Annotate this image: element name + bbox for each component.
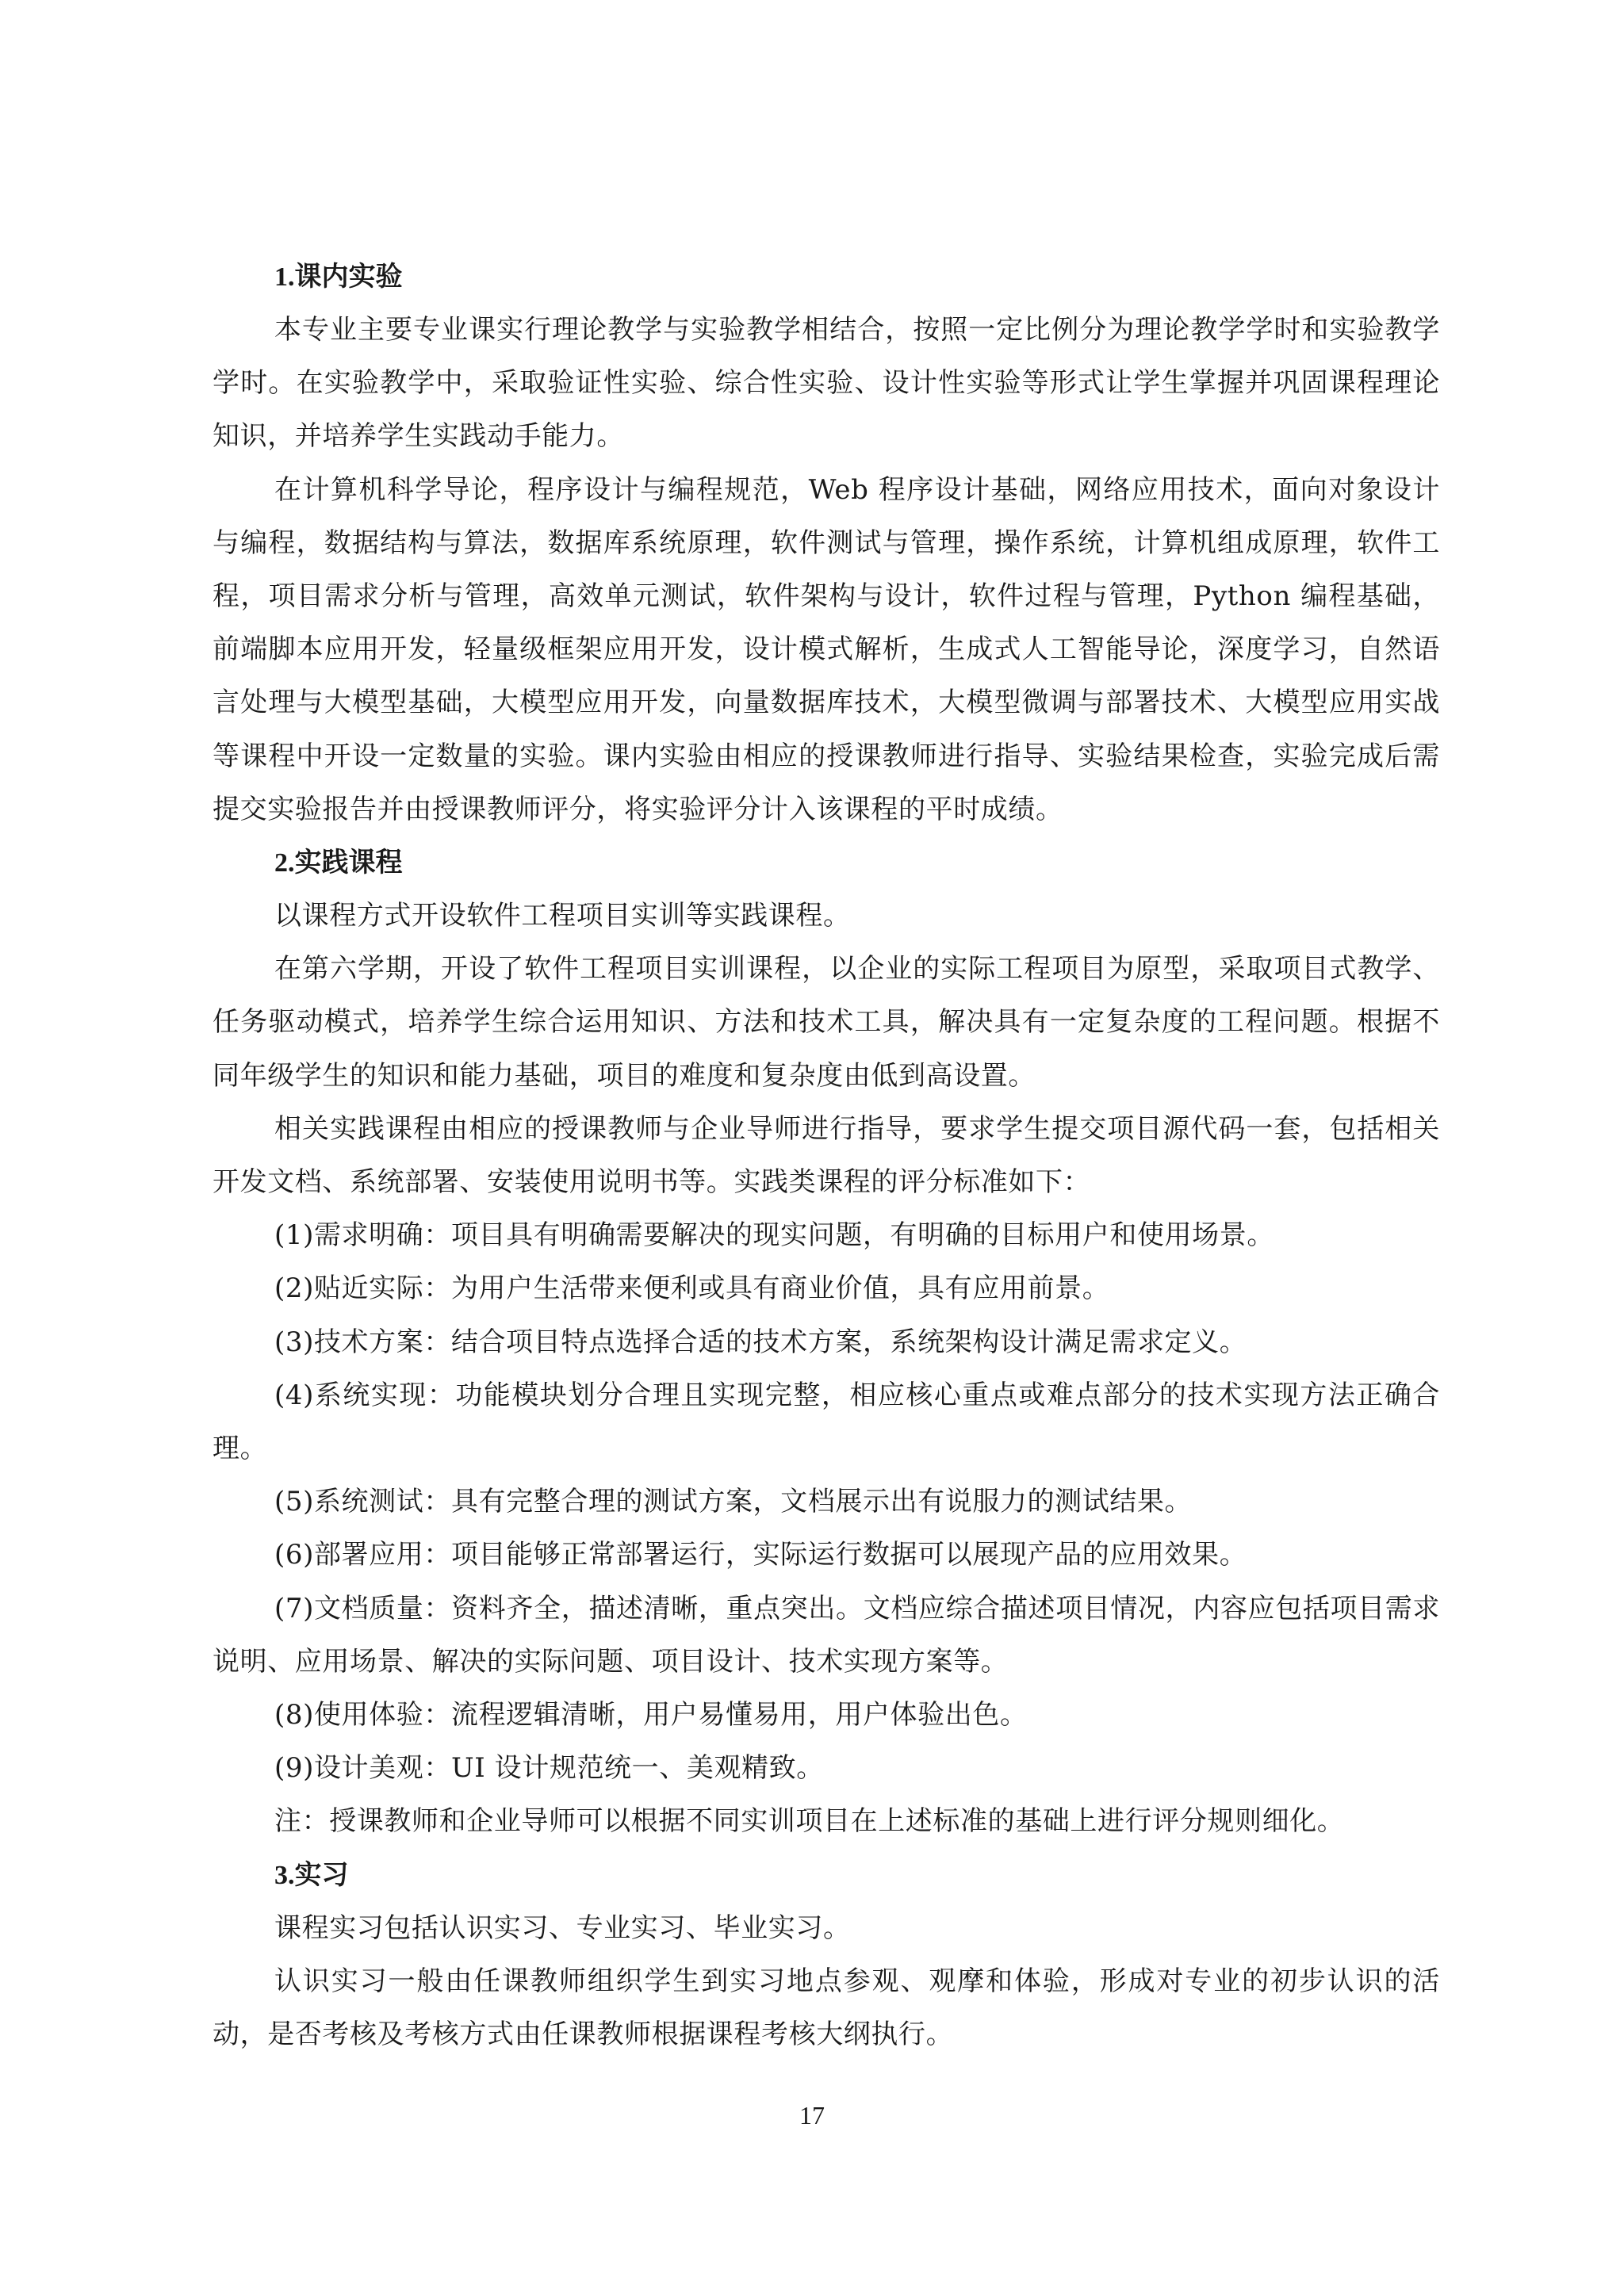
note-paragraph: 注：授课教师和企业导师可以根据不同实训项目在上述标准的基础上进行评分规则细化。 (213, 1795, 1440, 1848)
paragraph: 认识实习一般由任课教师组织学生到实习地点参观、观摩和体验，形成对专业的初步认识的… (213, 1955, 1440, 2061)
criteria-item: (9)设计美观：UI 设计规范统一、美观精致。 (213, 1742, 1440, 1795)
criteria-item: (7)文档质量：资料齐全，描述清晰，重点突出。文档应综合描述项目情况，内容应包括… (213, 1582, 1440, 1689)
criteria-item: (2)贴近实际：为用户生活带来便利或具有商业价值，具有应用前景。 (213, 1262, 1440, 1315)
criteria-item: (5)系统测试：具有完整合理的测试方案，文档展示出有说服力的测试结果。 (213, 1475, 1440, 1529)
section-heading: 3.实习 (213, 1849, 1440, 1902)
paragraph: 本专业主要专业课实行理论教学与实验教学相结合，按照一定比例分为理论教学学时和实验… (213, 304, 1440, 464)
section-heading: 2.实践课程 (213, 836, 1440, 890)
criteria-item: (4)系统实现：功能模块划分合理且实现完整，相应核心重点或难点部分的技术实现方法… (213, 1369, 1440, 1475)
criteria-item: (8)使用体验：流程逻辑清晰，用户易懂易用，用户体验出色。 (213, 1689, 1440, 1742)
section-practice-courses: 2.实践课程 以课程方式开设软件工程项目实训等实践课程。 在第六学期，开设了软件… (213, 836, 1440, 1849)
paragraph: 相关实践课程由相应的授课教师与企业导师进行指导，要求学生提交项目源代码一套，包括… (213, 1103, 1440, 1209)
section-in-class-experiments: 1.课内实验 本专业主要专业课实行理论教学与实验教学相结合，按照一定比例分为理论… (213, 251, 1440, 836)
paragraph: 在计算机科学导论，程序设计与编程规范，Web 程序设计基础，网络应用技术，面向对… (213, 464, 1440, 836)
criteria-item: (1)需求明确：项目具有明确需要解决的现实问题，有明确的目标用户和使用场景。 (213, 1209, 1440, 1262)
section-internship: 3.实习 课程实习包括认识实习、专业实习、毕业实习。 认识实习一般由任课教师组织… (213, 1849, 1440, 2062)
paragraph: 以课程方式开设软件工程项目实训等实践课程。 (213, 890, 1440, 943)
criteria-item: (3)技术方案：结合项目特点选择合适的技术方案，系统架构设计满足需求定义。 (213, 1316, 1440, 1369)
document-page: 1.课内实验 本专业主要专业课实行理论教学与实验教学相结合，按照一定比例分为理论… (213, 251, 1440, 2061)
page-number: 17 (0, 2101, 1624, 2130)
paragraph: 在第六学期，开设了软件工程项目实训课程，以企业的实际工程项目为原型，采取项目式教… (213, 943, 1440, 1103)
criteria-item: (6)部署应用：项目能够正常部署运行，实际运行数据可以展现产品的应用效果。 (213, 1529, 1440, 1582)
section-heading: 1.课内实验 (213, 251, 1440, 304)
paragraph: 课程实习包括认识实习、专业实习、毕业实习。 (213, 1902, 1440, 1955)
